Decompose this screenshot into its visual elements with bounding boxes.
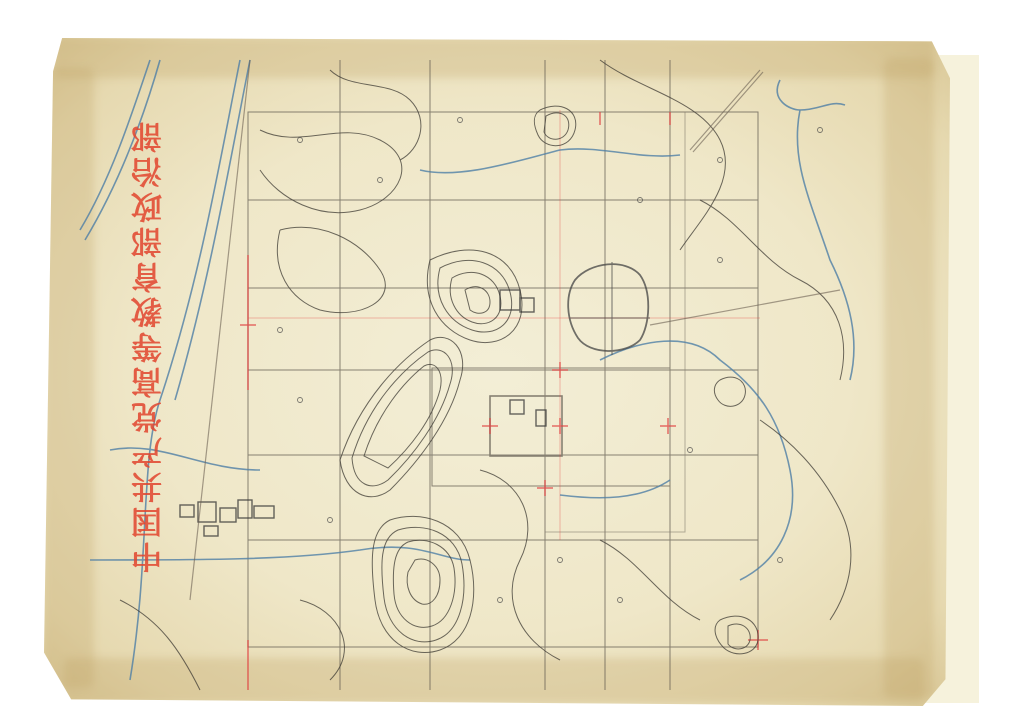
grid-markers [240, 110, 768, 690]
grid-lines [248, 60, 758, 690]
contour-lines [120, 60, 851, 690]
roads [190, 60, 840, 600]
map-title-stamp: 中国共产党高等教育部政治部 [128, 118, 172, 573]
village-cluster [180, 290, 546, 536]
place-markers [278, 118, 823, 603]
circular-walled-city [568, 262, 650, 355]
